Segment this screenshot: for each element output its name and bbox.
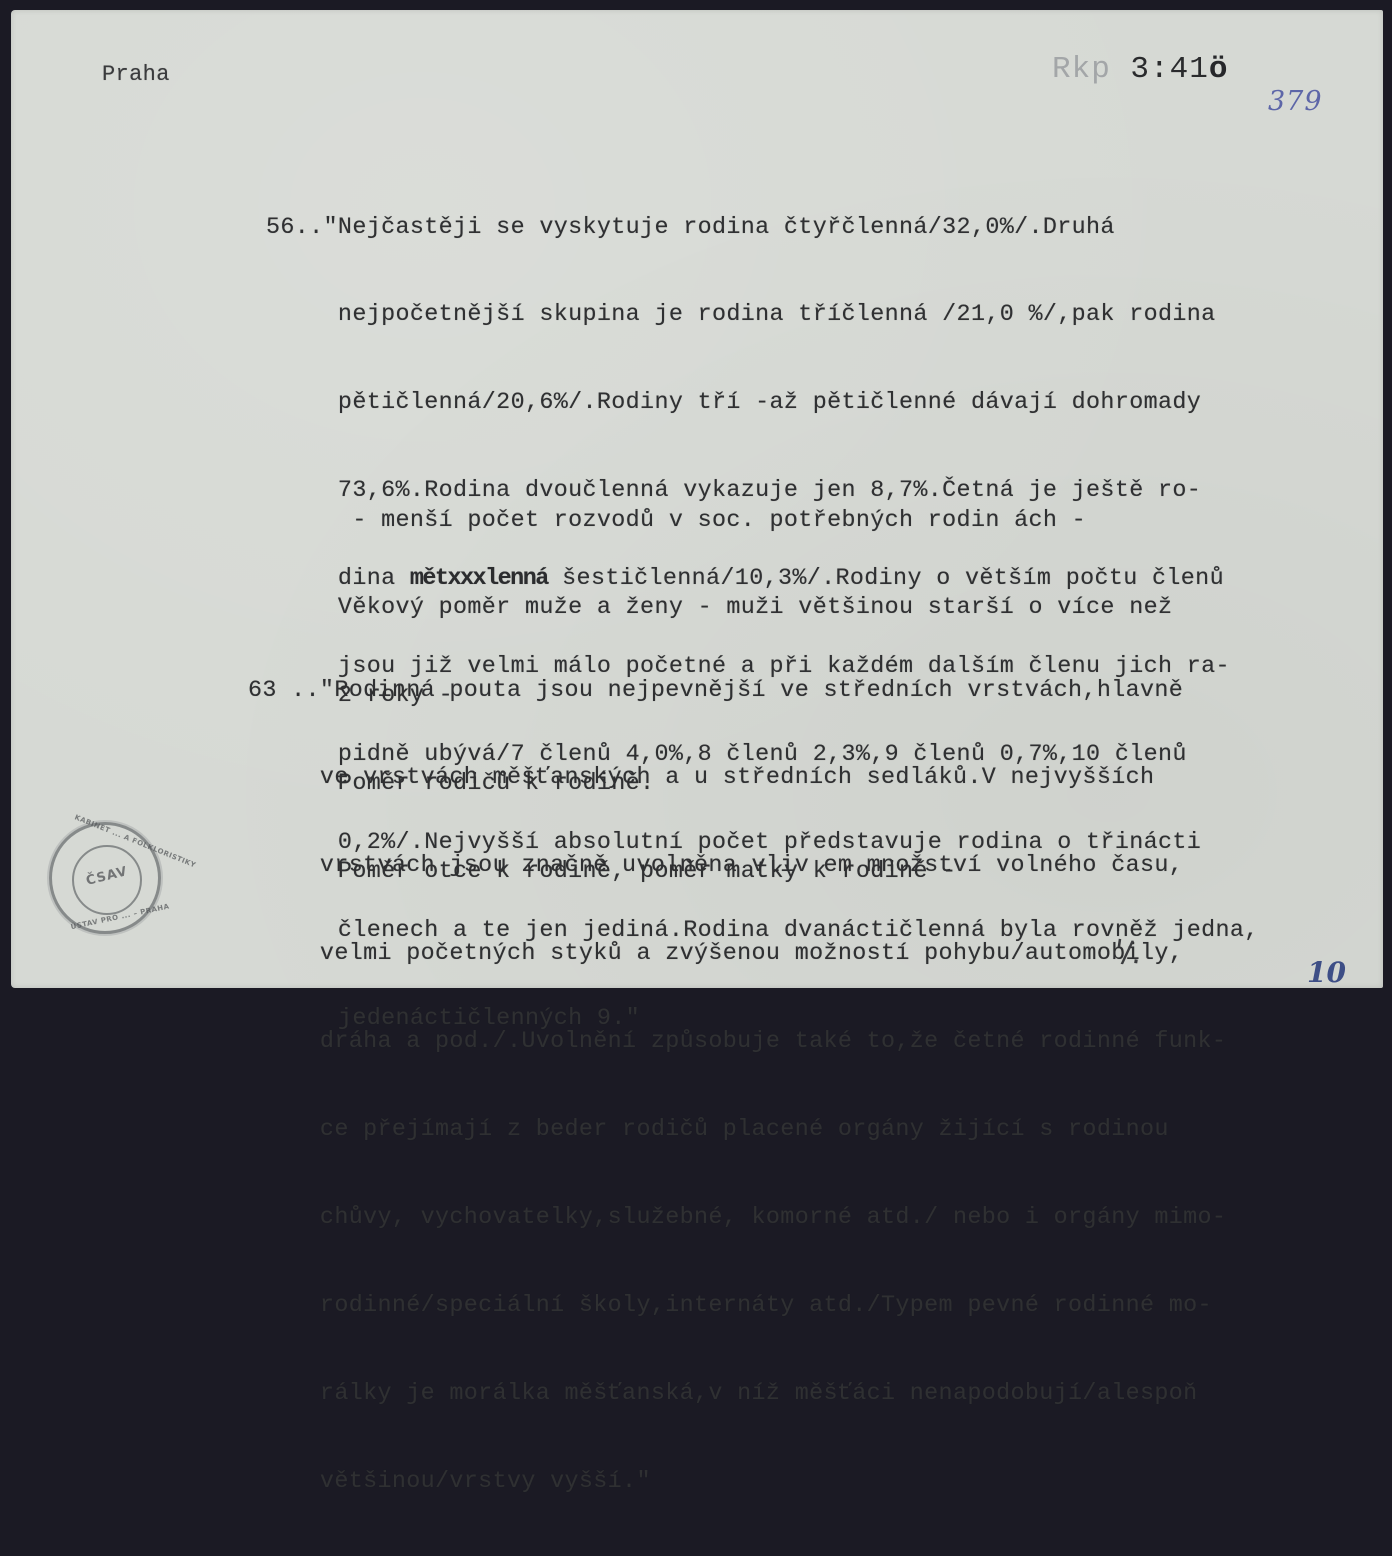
text-line: - menší počet rozvodů v soc. potřebných … xyxy=(266,507,1172,536)
text-line: vrstvách jsou značně uvolněna vliv em mn… xyxy=(248,852,1226,881)
handwritten-folio-number: 379 xyxy=(1268,86,1323,117)
continuation-mark: '/. xyxy=(1112,933,1144,972)
signature-number: 3:41 xyxy=(1130,52,1208,87)
signature-suffix: ö xyxy=(1209,52,1229,87)
signature-code: Rkp 3:41ö xyxy=(1052,52,1228,87)
handwritten-page-number: 10 xyxy=(1307,956,1346,989)
text-line: velmi početných styků a zvýšenou možnost… xyxy=(248,940,1226,969)
section-63: 63 .."Rodinná pouta jsou nejpevnější ve … xyxy=(248,618,1226,1000)
text-line: nejpočetnější skupina je rodina tříčlenn… xyxy=(266,301,1259,330)
stamp-center-text: ČSAV xyxy=(73,861,141,892)
text-line: 63 .."Rodinná pouta jsou nejpevnější ve … xyxy=(248,677,1226,706)
archive-card: Praha Rkp 3:41ö 379 56.."Nejčastěji se v… xyxy=(11,10,1383,988)
institution-stamp: KABINET ... A FOLKLORISTIKY ČSAV ÚSTAV P… xyxy=(49,822,161,934)
text-line: pětičlenná/20,6%/.Rodiny tří -až pětičle… xyxy=(266,389,1259,418)
stamp-inner-ring: ČSAV xyxy=(72,845,142,915)
place-heading: Praha xyxy=(102,60,170,89)
signature-prefix: Rkp xyxy=(1052,52,1111,87)
text-line: 56.."Nejčastěji se vyskytuje rodina čtyř… xyxy=(266,214,1259,243)
text-line: ve vrstvách měšťanských a u středních se… xyxy=(248,764,1226,793)
